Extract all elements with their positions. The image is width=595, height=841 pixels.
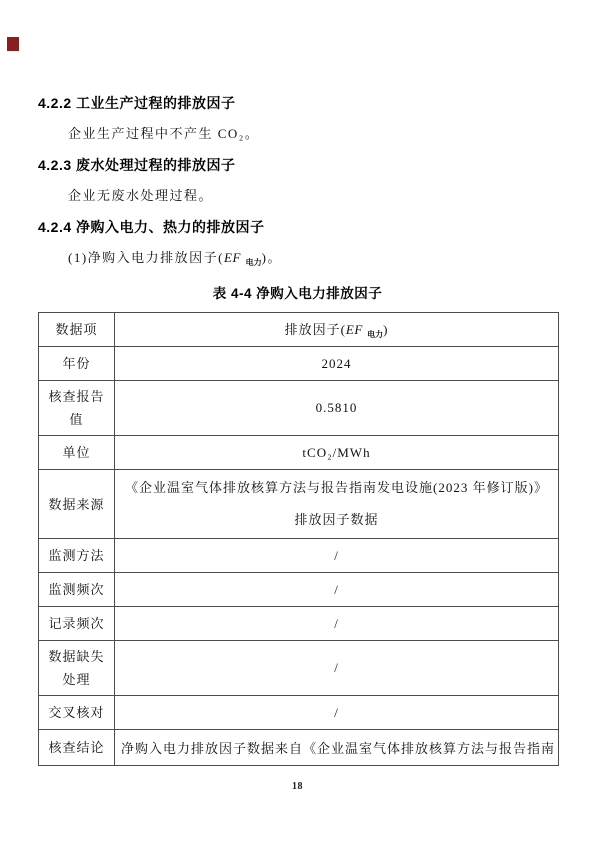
ef-para-prefix: (1)净购入电力排放因子( bbox=[68, 250, 224, 265]
ef-subscript: 电力 bbox=[246, 258, 262, 267]
red-stamp-mark bbox=[7, 37, 19, 51]
row-value-monitor-frequency: / bbox=[115, 573, 559, 607]
table-row-unit: 单位 tCO₂/MWh bbox=[39, 436, 559, 470]
paragraph-industrial-process: 企业生产过程中不产生 CO₂。 bbox=[38, 126, 557, 142]
row-value-data-source: 《企业温室气体排放核算方法与报告指南发电设施(2023 年修订版)》 排放因子数… bbox=[115, 470, 559, 539]
header-value-suffix: ) bbox=[383, 322, 388, 337]
document-page: 4.2.2 工业生产过程的排放因子 企业生产过程中不产生 CO₂。 4.2.3 … bbox=[0, 0, 595, 841]
table-4-4-title: 表 4-4 净购入电力排放因子 bbox=[38, 286, 557, 302]
table-row-year: 年份 2024 bbox=[39, 347, 559, 381]
paragraph-wastewater: 企业无废水处理过程。 bbox=[38, 188, 557, 204]
row-label-data-source: 数据来源 bbox=[39, 470, 115, 539]
row-value-data-item: 排放因子(EF 电力) bbox=[115, 313, 559, 347]
table-row-record-frequency: 记录频次 / bbox=[39, 607, 559, 641]
row-label-unit: 单位 bbox=[39, 436, 115, 470]
row-label-data-item: 数据项 bbox=[39, 313, 115, 347]
table-row-report-value: 核查报告值 0.5810 bbox=[39, 381, 559, 436]
row-label-record-frequency: 记录频次 bbox=[39, 607, 115, 641]
row-value-missing-data: / bbox=[115, 641, 559, 696]
row-label-report-value: 核查报告值 bbox=[39, 381, 115, 436]
row-label-year: 年份 bbox=[39, 347, 115, 381]
row-value-conclusion: 净购入电力排放因子数据来自《企业温室气体排放核算方法与报告指南 bbox=[115, 730, 559, 766]
header-ef-subscript: 电力 bbox=[367, 330, 383, 339]
row-value-report-value: 0.5810 bbox=[115, 381, 559, 436]
table-row-conclusion: 核查结论 净购入电力排放因子数据来自《企业温室气体排放核算方法与报告指南 bbox=[39, 730, 559, 766]
row-value-record-frequency: / bbox=[115, 607, 559, 641]
header-value-prefix: 排放因子( bbox=[285, 322, 346, 337]
table-row-header: 数据项 排放因子(EF 电力) bbox=[39, 313, 559, 347]
row-value-cross-check: / bbox=[115, 696, 559, 730]
heading-4-2-2: 4.2.2 工业生产过程的排放因子 bbox=[38, 95, 557, 111]
row-label-conclusion: 核查结论 bbox=[39, 730, 115, 766]
row-label-missing-data: 数据缺失处理 bbox=[39, 641, 115, 696]
table-row-missing-data: 数据缺失处理 / bbox=[39, 641, 559, 696]
row-value-unit: tCO₂/MWh bbox=[115, 436, 559, 470]
row-value-monitor-method: / bbox=[115, 539, 559, 573]
paragraph-electricity-ef: (1)净购入电力排放因子(EF 电力)。 bbox=[38, 250, 557, 271]
row-label-cross-check: 交叉核对 bbox=[39, 696, 115, 730]
ef-para-suffix: )。 bbox=[262, 250, 282, 265]
row-label-monitor-frequency: 监测频次 bbox=[39, 573, 115, 607]
page-number: 18 bbox=[38, 781, 557, 792]
row-label-monitor-method: 监测方法 bbox=[39, 539, 115, 573]
table-row-cross-check: 交叉核对 / bbox=[39, 696, 559, 730]
table-row-monitor-frequency: 监测频次 / bbox=[39, 573, 559, 607]
table-row-monitor-method: 监测方法 / bbox=[39, 539, 559, 573]
heading-4-2-4: 4.2.4 净购入电力、热力的排放因子 bbox=[38, 219, 557, 235]
heading-4-2-3: 4.2.3 废水处理过程的排放因子 bbox=[38, 157, 557, 173]
emission-factor-table: 数据项 排放因子(EF 电力) 年份 2024 核查报告值 0.5810 单位 … bbox=[38, 312, 559, 766]
header-ef-symbol: EF bbox=[346, 322, 363, 337]
table-row-data-source: 数据来源 《企业温室气体排放核算方法与报告指南发电设施(2023 年修订版)》 … bbox=[39, 470, 559, 539]
row-value-year: 2024 bbox=[115, 347, 559, 381]
ef-symbol: EF bbox=[224, 250, 241, 265]
